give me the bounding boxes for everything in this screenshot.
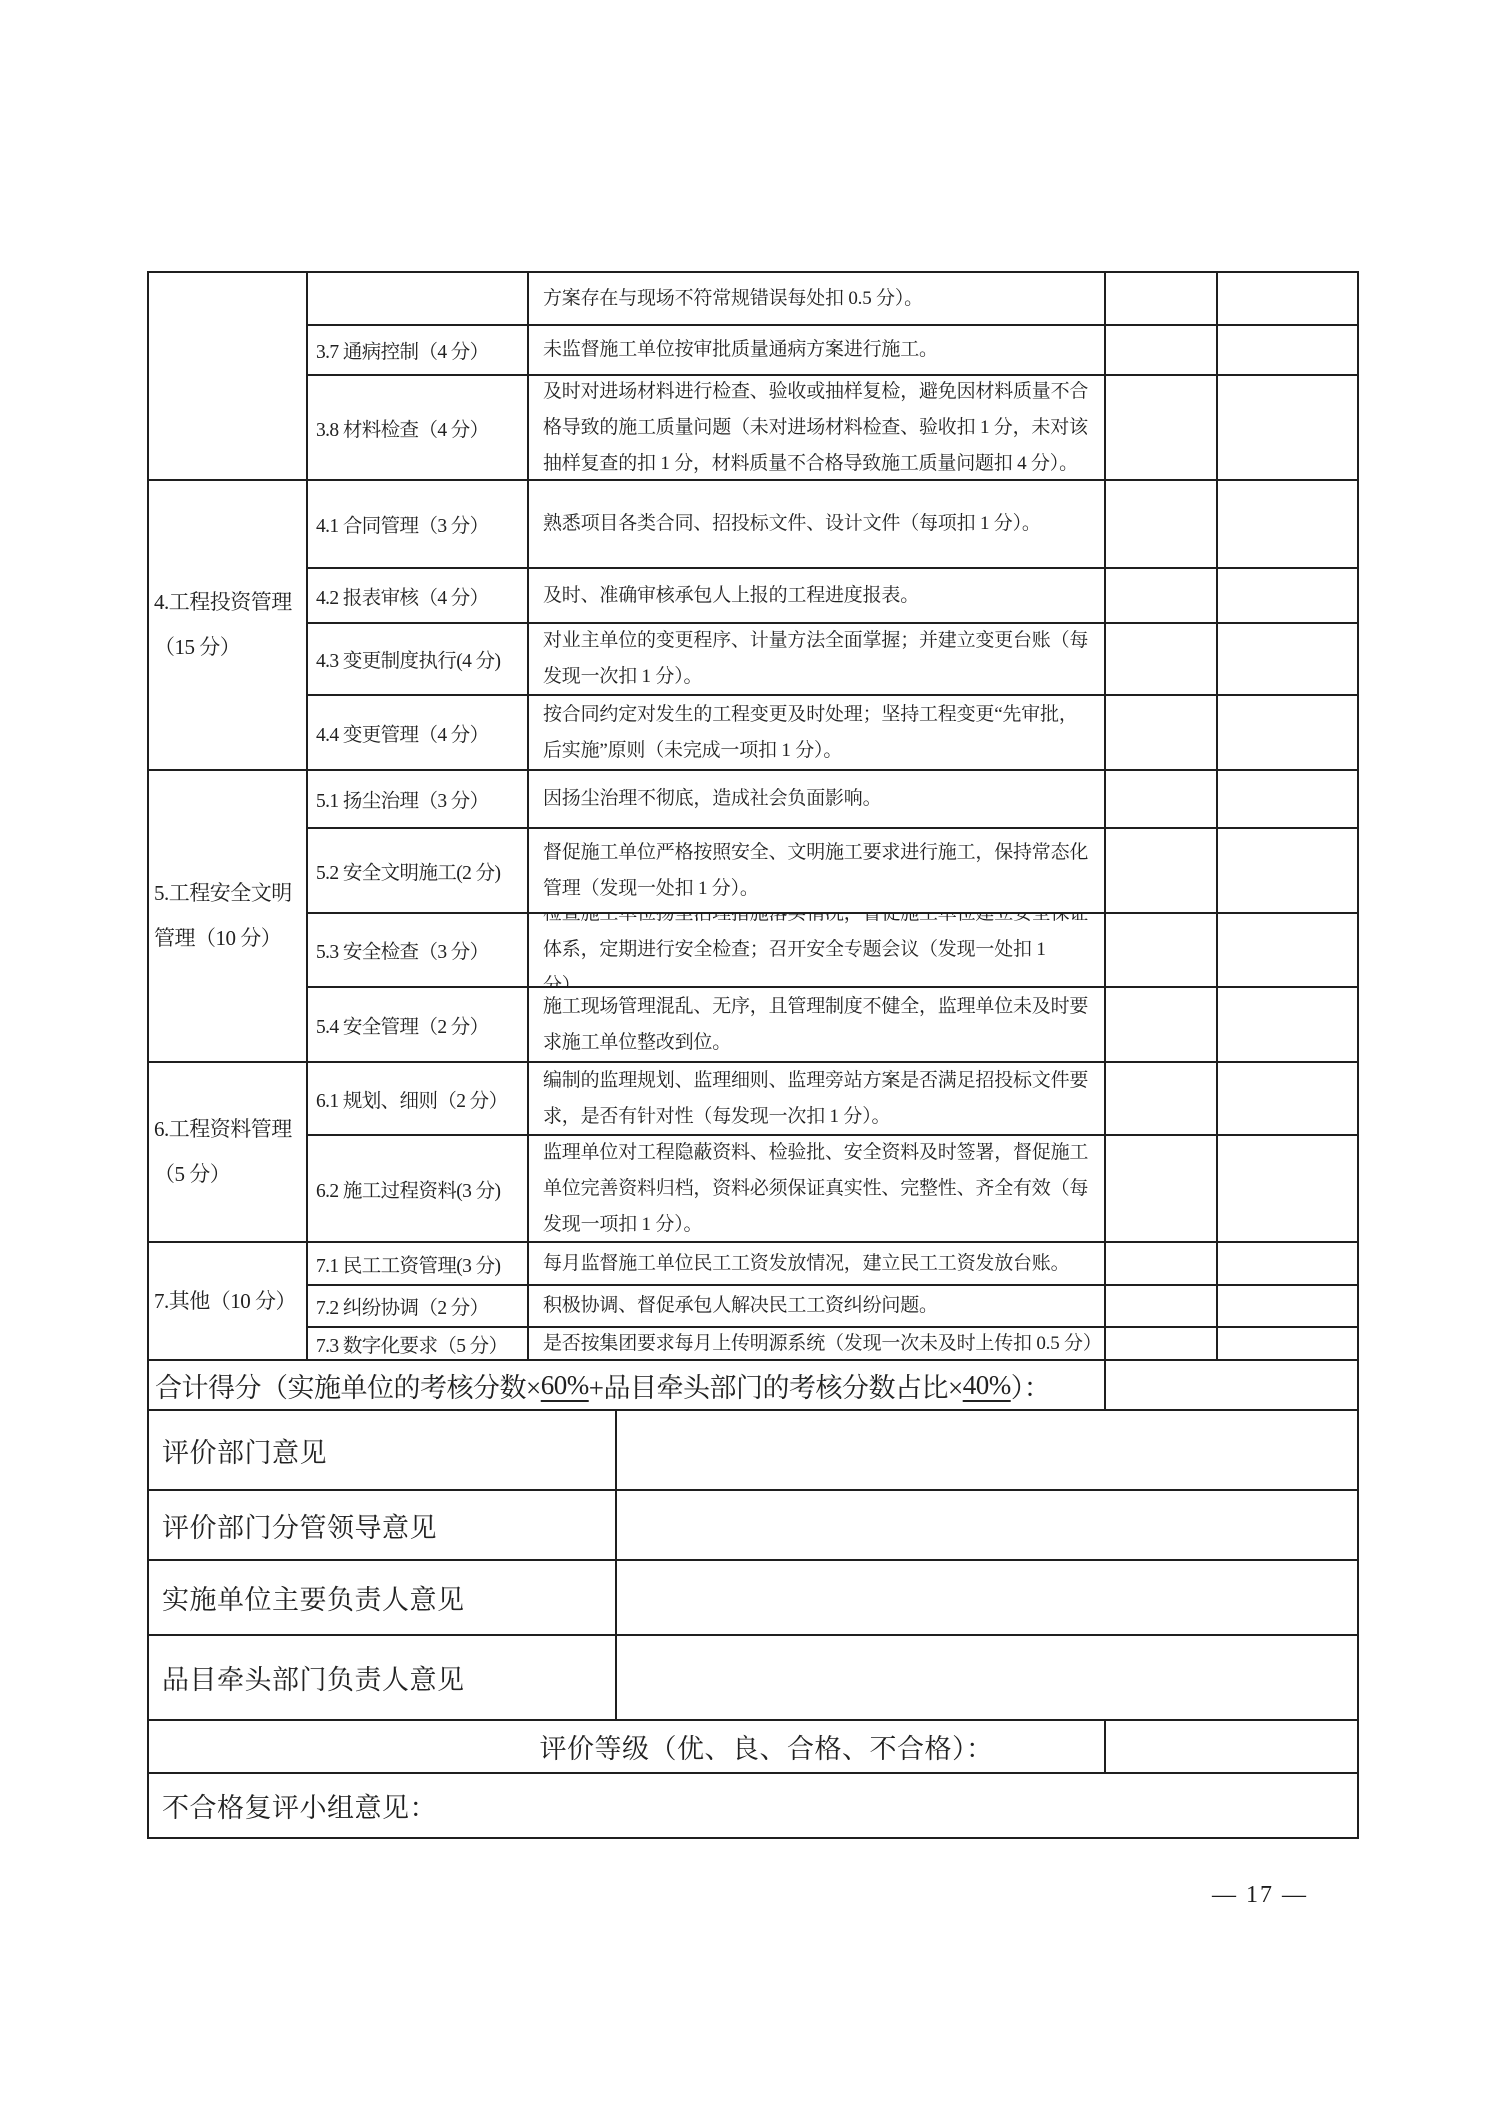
score-cell-2: [1217, 272, 1358, 325]
item-label: 5.2 安全文明施工(2 分): [316, 857, 500, 885]
opinion-label: 品目牵头部门负责人意见: [162, 1658, 465, 1697]
category-label: 6.工程资料管理（5 分）: [154, 1107, 306, 1197]
grade-label-cell: 评价等级（优、良、合格、不合格）：: [148, 1720, 1105, 1773]
item-description: 督促施工单位严格按照安全、文明施工要求进行施工，保持常态化管理（发现一处扣 1 …: [543, 835, 1094, 907]
opinion-label-cell: 品目牵头部门负责人意见: [148, 1635, 616, 1720]
item-label-cell: 3.7 通病控制（4 分）: [307, 325, 528, 375]
score-cell-1: [1105, 568, 1217, 623]
item-label-cell: 7.1 民工工资管理(3 分): [307, 1242, 528, 1285]
total-score-formula-part: ）：: [1011, 1366, 1051, 1405]
item-desc-cell: 及时、准确审核承包人上报的工程进度报表。: [528, 568, 1105, 623]
score-cell-1: [1105, 623, 1217, 695]
score-cell-1: [1105, 1242, 1217, 1285]
score-cell-2: [1217, 770, 1358, 828]
item-description: 积极协调、督促承包人解决民工工资纠纷问题。: [543, 1288, 938, 1324]
item-label-cell: 6.1 规划、细则（2 分）: [307, 1062, 528, 1135]
opinion-label: 实施单位主要负责人意见: [162, 1578, 465, 1617]
score-cell-2: [1217, 913, 1358, 987]
item-description: 方案存在与现场不符常规错误每处扣 0.5 分）。: [543, 281, 923, 317]
item-desc-cell: 方案存在与现场不符常规错误每处扣 0.5 分）。: [528, 272, 1105, 325]
item-label: 3.7 通病控制（4 分）: [316, 336, 489, 364]
item-label: 4.3 变更制度执行(4 分): [316, 645, 500, 673]
item-label: 4.2 报表审核（4 分）: [316, 582, 489, 610]
score-cell-2: [1217, 480, 1358, 568]
score-cell-2: [1217, 1285, 1358, 1327]
score-cell-1: [1105, 828, 1217, 913]
score-cell-2: [1217, 568, 1358, 623]
item-label-cell: 4.4 变更管理（4 分）: [307, 695, 528, 770]
item-label-cell: 4.3 变更制度执行(4 分): [307, 623, 528, 695]
item-label: 6.1 规划、细则（2 分）: [316, 1085, 507, 1113]
item-desc-cell: 因扬尘治理不彻底，造成社会负面影响。: [528, 770, 1105, 828]
score-cell-2: [1217, 828, 1358, 913]
item-label-cell: 4.2 报表审核（4 分）: [307, 568, 528, 623]
score-cell-1: [1105, 770, 1217, 828]
item-desc-cell: 施工现场管理混乱、无序，且管理制度不健全，监理单位未及时要求施工单位整改到位。: [528, 987, 1105, 1062]
item-desc-cell: 熟悉项目各类合同、招投标文件、设计文件（每项扣 1 分）。: [528, 480, 1105, 568]
item-description: 按合同约定对发生的工程变更及时处理；坚持工程变更“先审批，后实施”原则（未完成一…: [543, 697, 1094, 769]
item-desc-cell: 监理单位对工程隐蔽资料、检验批、安全资料及时签署，督促施工单位完善资料归档，资料…: [528, 1135, 1105, 1242]
score-cell-1: [1105, 1135, 1217, 1242]
item-label-cell: 6.2 施工过程资料(3 分): [307, 1135, 528, 1242]
item-description: 施工现场管理混乱、无序，且管理制度不健全，监理单位未及时要求施工单位整改到位。: [543, 989, 1094, 1061]
total-score-formula-part: 合计得分（实施单位的考核分数×: [155, 1366, 541, 1405]
total-score-weight-60: 60%: [541, 1370, 589, 1401]
item-label: 7.1 民工工资管理(3 分): [316, 1250, 500, 1278]
opinion-value-cell: [616, 1490, 1358, 1560]
item-desc-cell: 督促施工单位严格按照安全、文明施工要求进行施工，保持常态化管理（发现一处扣 1 …: [528, 828, 1105, 913]
category-label: 7.其他（10 分）: [154, 1279, 296, 1324]
item-label: 3.8 材料检查（4 分）: [316, 414, 489, 442]
item-label: 5.4 安全管理（2 分）: [316, 1011, 489, 1039]
opinion-label-cell: 实施单位主要负责人意见: [148, 1560, 616, 1635]
total-score-formula-part: +品目牵头部门的考核分数占比×: [589, 1366, 963, 1405]
item-label: 5.1 扬尘治理（3 分）: [316, 785, 489, 813]
score-cell-1: [1105, 375, 1217, 480]
category-label: 5.工程安全文明管理（10 分）: [154, 871, 306, 961]
item-label-cell: 5.2 安全文明施工(2 分): [307, 828, 528, 913]
opinion-label: 评价部门意见: [162, 1431, 327, 1470]
category-label: 4.工程投资管理（15 分）: [154, 580, 306, 670]
item-description: 及时、准确审核承包人上报的工程进度报表。: [543, 578, 919, 614]
item-label: 4.1 合同管理（3 分）: [316, 510, 489, 538]
item-label: 7.2 纠纷协调（2 分）: [316, 1292, 489, 1320]
score-cell-2: [1217, 1327, 1358, 1360]
item-label-cell: 7.3 数字化要求（5 分）: [307, 1327, 528, 1360]
page-number: — 17 —: [1150, 1882, 1370, 1909]
total-score-value-cell: [1105, 1360, 1358, 1410]
item-desc-cell: 编制的监理规划、监理细则、监理旁站方案是否满足招投标文件要求，是否有针对性（每发…: [528, 1062, 1105, 1135]
score-cell-1: [1105, 272, 1217, 325]
opinion-label-cell: 评价部门意见: [148, 1410, 616, 1490]
item-label-cell: 5.4 安全管理（2 分）: [307, 987, 528, 1062]
score-cell-1: [1105, 1285, 1217, 1327]
item-label-cell: 5.3 安全检查（3 分）: [307, 913, 528, 987]
review-opinion-label: 不合格复评小组意见：: [162, 1786, 437, 1825]
grade-label: 评价等级（优、良、合格、不合格）：: [540, 1727, 994, 1766]
item-description: 对业主单位的变更程序、计量方法全面掌握；并建立变更台账（每发现一次扣 1 分）。: [543, 623, 1094, 695]
total-score-weight-40: 40%: [963, 1370, 1011, 1401]
score-cell-1: [1105, 1062, 1217, 1135]
score-cell-1: [1105, 480, 1217, 568]
item-desc-cell: 积极协调、督促承包人解决民工工资纠纷问题。: [528, 1285, 1105, 1327]
item-description: 检查施工单位扬尘治理措施落实情况，督促施工单位建立安全保证体系，定期进行安全检查…: [543, 913, 1094, 987]
score-cell-2: [1217, 325, 1358, 375]
opinion-value-cell: [616, 1560, 1358, 1635]
grade-value-cell: [1105, 1720, 1358, 1773]
score-cell-1: [1105, 1327, 1217, 1360]
score-cell-2: [1217, 987, 1358, 1062]
item-desc-cell: 对业主单位的变更程序、计量方法全面掌握；并建立变更台账（每发现一次扣 1 分）。: [528, 623, 1105, 695]
item-desc-cell: 检查施工单位扬尘治理措施落实情况，督促施工单位建立安全保证体系，定期进行安全检查…: [528, 913, 1105, 987]
item-description: 熟悉项目各类合同、招投标文件、设计文件（每项扣 1 分）。: [543, 506, 1041, 542]
item-description: 每月监督施工单位民工工资发放情况，建立民工工资发放台账。: [543, 1246, 1069, 1282]
item-description: 是否按集团要求每月上传明源系统（发现一次未及时上传扣 0.5 分）: [543, 1327, 1094, 1360]
score-cell-2: [1217, 1062, 1358, 1135]
item-label: 5.3 安全检查（3 分）: [316, 936, 489, 964]
score-cell-2: [1217, 1135, 1358, 1242]
score-cell-1: [1105, 913, 1217, 987]
item-label: 4.4 变更管理（4 分）: [316, 719, 489, 747]
opinion-label-cell: 评价部门分管领导意见: [148, 1490, 616, 1560]
item-desc-cell: 按合同约定对发生的工程变更及时处理；坚持工程变更“先审批，后实施”原则（未完成一…: [528, 695, 1105, 770]
score-cell-2: [1217, 375, 1358, 480]
category-cell-7: 7.其他（10 分）: [148, 1242, 307, 1360]
category-cell-5: 5.工程安全文明管理（10 分）: [148, 770, 307, 1062]
score-cell-2: [1217, 1242, 1358, 1285]
item-desc-cell: 是否按集团要求每月上传明源系统（发现一次未及时上传扣 0.5 分）: [528, 1327, 1105, 1360]
item-description: 监理单位对工程隐蔽资料、检验批、安全资料及时签署，督促施工单位完善资料归档，资料…: [543, 1135, 1094, 1242]
item-description: 未监督施工单位按审批质量通病方案进行施工。: [543, 332, 938, 368]
item-desc-cell: 未监督施工单位按审批质量通病方案进行施工。: [528, 325, 1105, 375]
review-opinion-cell: 不合格复评小组意见：: [148, 1773, 1358, 1838]
item-description: 因扬尘治理不彻底，造成社会负面影响。: [543, 781, 881, 817]
score-cell-2: [1217, 695, 1358, 770]
opinion-value-cell: [616, 1635, 1358, 1720]
opinion-label: 评价部门分管领导意见: [162, 1506, 437, 1545]
opinion-value-cell: [616, 1410, 1358, 1490]
evaluation-table: 4.工程投资管理（15 分） 5.工程安全文明管理（10 分） 6.工程资料管理…: [147, 271, 1359, 1839]
item-label: 6.2 施工过程资料(3 分): [316, 1175, 500, 1203]
score-cell-2: [1217, 623, 1358, 695]
item-label: 7.3 数字化要求（5 分）: [316, 1330, 507, 1358]
document-page: 4.工程投资管理（15 分） 5.工程安全文明管理（10 分） 6.工程资料管理…: [0, 0, 1498, 2118]
score-cell-1: [1105, 987, 1217, 1062]
score-cell-1: [1105, 325, 1217, 375]
item-description: 编制的监理规划、监理细则、监理旁站方案是否满足招投标文件要求，是否有针对性（每发…: [543, 1063, 1094, 1135]
category-cell-3-continued: [148, 272, 307, 480]
item-description: 及时对进场材料进行检查、验收或抽样复检，避免因材料质量不合格导致的施工质量问题（…: [543, 375, 1094, 480]
item-label-cell: [307, 272, 528, 325]
item-label-cell: 3.8 材料检查（4 分）: [307, 375, 528, 480]
category-cell-4: 4.工程投资管理（15 分）: [148, 480, 307, 770]
item-label-cell: 7.2 纠纷协调（2 分）: [307, 1285, 528, 1327]
item-desc-cell: 及时对进场材料进行检查、验收或抽样复检，避免因材料质量不合格导致的施工质量问题（…: [528, 375, 1105, 480]
score-cell-1: [1105, 695, 1217, 770]
category-cell-6: 6.工程资料管理（5 分）: [148, 1062, 307, 1242]
item-label-cell: 5.1 扬尘治理（3 分）: [307, 770, 528, 828]
item-desc-cell: 每月监督施工单位民工工资发放情况，建立民工工资发放台账。: [528, 1242, 1105, 1285]
item-label-cell: 4.1 合同管理（3 分）: [307, 480, 528, 568]
total-score-row: 合计得分（实施单位的考核分数×60%+品目牵头部门的考核分数占比×40%）：: [148, 1360, 1105, 1410]
